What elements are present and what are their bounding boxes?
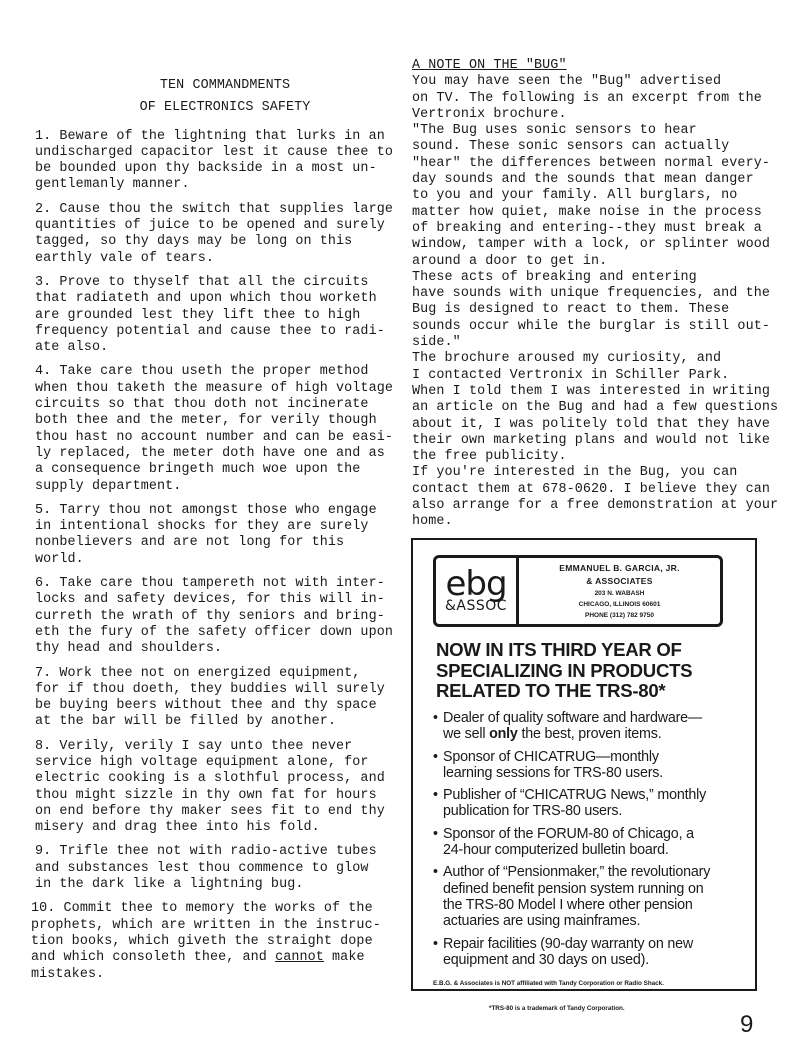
commandment-1: 1. Beware of the lightning that lurks in… — [35, 129, 400, 194]
note-paragraph-1: You may have seen the "Bug" advertised o… — [412, 74, 792, 123]
article-title-line-1: TEN COMMANDMENTS — [35, 78, 400, 94]
trademark-footnote: *TRS-80 is a trademark of Tandy Corporat… — [489, 1005, 625, 1012]
bullet-icon: • — [433, 864, 438, 880]
company-name: EMMANUEL B. GARCIA, JR. — [559, 562, 680, 575]
note-paragraph-4: The brochure aroused my curiosity, and I… — [412, 351, 792, 465]
logo-assoc-text: &ASSOC — [445, 599, 507, 613]
company-address: EMMANUEL B. GARCIA, JR. & ASSOCIATES 203… — [519, 558, 720, 624]
note-title: A NOTE ON THE "BUG" — [412, 58, 792, 74]
logo-ebg-text: ebg — [445, 569, 506, 599]
commandment-5: 5. Tarry thou not amongst those who enga… — [35, 503, 400, 568]
commandment-2: 2. Cause thou the switch that supplies l… — [35, 202, 400, 267]
bullet-icon: • — [433, 787, 438, 803]
ad-letterhead: ebg &ASSOC EMMANUEL B. GARCIA, JR. & ASS… — [433, 555, 723, 627]
ad-feature-item: •Repair facilities (90-day warranty on n… — [433, 936, 753, 969]
ad-feature-list: •Dealer of quality software and hardware… — [433, 710, 753, 974]
commandment-7: 7. Work thee not on energized equipment,… — [35, 666, 400, 731]
commandment-3: 3. Prove to thyself that all the circuit… — [35, 275, 400, 356]
emphasis-only: only — [489, 726, 518, 742]
phone-number: PHONE (312) 782 9750 — [585, 610, 654, 621]
article-title-line-2: OF ELECTRONICS SAFETY — [35, 100, 400, 116]
note-paragraph-2: "The Bug uses sonic sensors to hear soun… — [412, 123, 792, 270]
ad-feature-item: •Publisher of “CHICATRUG News,” monthly … — [433, 787, 753, 820]
ebg-logo: ebg &ASSOC — [436, 558, 519, 624]
commandments-column: TEN COMMANDMENTS OF ELECTRONICS SAFETY 1… — [35, 78, 400, 991]
street-address: 203 N. WABASH — [595, 588, 645, 599]
city-address: CHICAGO, ILLINOIS 60601 — [579, 599, 661, 610]
ad-feature-item: •Author of “Pensionmaker,” the revolutio… — [433, 864, 753, 929]
underlined-word: cannot — [275, 950, 324, 965]
commandment-10: 10. Commit thee to memory the works of t… — [31, 901, 400, 982]
ad-headline: NOW IN ITS THIRD YEAR OF SPECIALIZING IN… — [436, 640, 756, 702]
ebg-advertisement: ebg &ASSOC EMMANUEL B. GARCIA, JR. & ASS… — [411, 538, 757, 991]
commandment-4: 4. Take care thou useth the proper metho… — [35, 364, 400, 494]
bullet-icon: • — [433, 826, 438, 842]
bullet-icon: • — [433, 936, 438, 952]
commandment-8: 8. Verily, verily I say unto thee never … — [35, 739, 400, 837]
ad-feature-item: •Dealer of quality software and hardware… — [433, 710, 753, 743]
bug-note-column: A NOTE ON THE "BUG" You may have seen th… — [412, 58, 792, 531]
commandment-6: 6. Take care thou tampereth not with int… — [35, 576, 400, 657]
bullet-icon: • — [433, 749, 438, 765]
commandment-9: 9. Trifle thee not with radio-active tub… — [35, 844, 400, 893]
note-paragraph-5: If you're interested in the Bug, you can… — [412, 465, 792, 530]
note-paragraph-3: These acts of breaking and entering have… — [412, 270, 792, 351]
bullet-icon: • — [433, 710, 438, 726]
company-suffix: & ASSOCIATES — [586, 575, 652, 588]
ad-feature-item: •Sponsor of the FORUM-80 of Chicago, a 2… — [433, 826, 753, 859]
ad-disclaimer: E.B.G. & Associates is NOT affiliated wi… — [433, 980, 664, 987]
page-number: 9 — [740, 1011, 753, 1039]
ad-feature-item: •Sponsor of CHICATRUG—monthly learning s… — [433, 749, 753, 782]
